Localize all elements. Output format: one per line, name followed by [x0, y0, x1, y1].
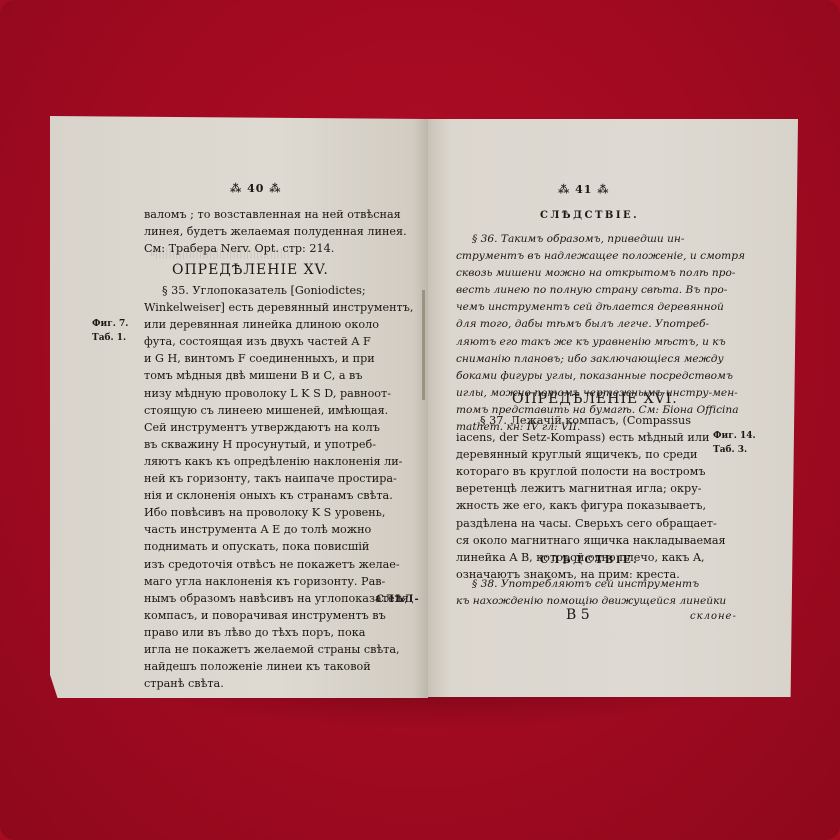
corollary-heading-1: СЛѢДСТВІЕ.	[540, 210, 639, 221]
text-line: сниманію плановъ; ибо заключающіеся межд…	[456, 351, 745, 368]
text-line: боками фигуры углы, показанные посредств…	[456, 368, 745, 385]
text-line: раздѣлена на часы. Сверьхъ сего обращает…	[456, 515, 726, 532]
text-line: iacens, der Setz-Kompass) есть мѣдный ил…	[456, 429, 726, 446]
right-margin-note: Фиг. 14. Таб. 3.	[713, 429, 756, 457]
text-line: линея, будетъ желаемая полуденная линея.	[144, 223, 407, 240]
text-line: валомъ ; то возставленная на ней отвѣсна…	[144, 206, 407, 223]
text-line: компасъ, и поворачивая инструментъ въ	[144, 607, 413, 624]
text-line: къ нахожденію помощію движущейся линейки	[456, 593, 726, 610]
text-line: весть линею по полную страну свѣта. Въ п…	[456, 282, 745, 299]
text-line: нымъ образомъ навѣсивъ на углопоказателя	[144, 590, 413, 607]
text-line: поднимать и опускать, пока повисшій	[144, 538, 413, 555]
text-line: часть инструмента A E до толѣ можно	[144, 521, 413, 538]
text-line: § 35. Углопоказатель [Goniodictes;	[144, 282, 413, 299]
left-catchword: СЛѢД-	[376, 594, 420, 605]
text-line: Сей инструментъ утверждаютъ на колъ	[144, 419, 413, 436]
left-margin-note: Фиг. 7. Таб. 1.	[92, 317, 128, 345]
definition-xv-heading: ОПРЕДѢЛЕНІЕ XV.	[172, 262, 329, 278]
right-page: ⁂ 41 ⁂ СЛѢДСТВІЕ. § 36. Такимъ образомъ,…	[428, 119, 798, 697]
right-catchword: склоне-	[690, 611, 737, 622]
text-line: струментъ въ надлежащее положеніе, и смо…	[456, 248, 745, 265]
text-line: ляютъ его такъ же къ уравненію мѣстъ, и …	[456, 334, 745, 351]
text-line: жность же его, какъ фигура показываетъ,	[456, 497, 726, 514]
text-line: низу мѣдную проволоку L K S D, равноот-	[144, 385, 413, 402]
table-ref: Таб. 1.	[92, 331, 128, 345]
left-running-head: ⁂ 40 ⁂	[230, 182, 281, 195]
paragraph-35: § 35. Углопоказатель [Goniodictes; Winke…	[144, 282, 413, 692]
text-line: фута, состоящая изъ двухъ частей A F	[144, 333, 413, 350]
text-line: найдешъ положеніе линеи къ таковой	[144, 658, 413, 675]
corollary-heading-2: СЛѢДСТВІЕ.	[540, 555, 639, 566]
text-line: § 38. Употребляютъ сей инструментъ	[456, 576, 726, 593]
text-line: и G H, винтомъ F соединенныхъ, и при	[144, 350, 413, 367]
text-line: § 36. Такимъ образомъ, приведши ин-	[456, 231, 745, 248]
text-line: сквозь мишени можно на открытомъ полѣ пр…	[456, 265, 745, 282]
text-line: См: Трабера Nerv. Opt. стр: 214.	[144, 240, 407, 257]
text-line: въ скважину H просунутый, и употреб-	[144, 436, 413, 453]
red-background: ǁ|||||||||||||||||||||||||||||||||||||||…	[0, 0, 840, 840]
text-line: томъ мѣдныя двѣ мишени B и C, а въ	[144, 367, 413, 384]
text-line: маго угла наклоненія къ горизонту. Рав-	[144, 573, 413, 590]
signature-mark: B 5	[566, 607, 590, 623]
text-line: деревянный круглый ящичекъ, по среди	[456, 446, 726, 463]
text-line: игла не покажетъ желаемой страны свѣта,	[144, 641, 413, 658]
definition-xvi-heading: ОПРЕДѢЛЕНІЕ XVI.	[512, 391, 678, 407]
text-line: веретенцѣ лежитъ магнитная игла; окру-	[456, 480, 726, 497]
figure-ref: Фиг. 14.	[713, 429, 756, 443]
left-page: ǁ|||||||||||||||||||||||||||||||||||||||…	[50, 116, 428, 698]
binding-thread	[422, 290, 425, 400]
text-line: изъ средоточія отвѣсъ не покажетъ желае-	[144, 556, 413, 573]
text-line: странѣ свѣта.	[144, 675, 413, 692]
text-line: или деревянная линейка длиною около	[144, 316, 413, 333]
text-line: § 37. Лежачій компасъ, (Compassus	[456, 412, 726, 429]
figure-ref: Фиг. 7.	[92, 317, 128, 331]
table-ref: Таб. 3.	[713, 443, 756, 457]
text-line: для того, дабы тѣмъ былъ легче. Употреб-	[456, 316, 745, 333]
text-line: Ибо повѣсивъ на проволоку K S уровень,	[144, 504, 413, 521]
right-running-head: ⁂ 41 ⁂	[558, 183, 609, 196]
text-line: котораго въ круглой полости на востромъ	[456, 463, 726, 480]
text-line: право или въ лѣво до тѣхъ поръ, пока	[144, 624, 413, 641]
text-line: ляютъ какъ къ опредѣленію наклоненія ли-	[144, 453, 413, 470]
paragraph-38: § 38. Употребляютъ сей инструментъ къ на…	[456, 576, 726, 610]
text-line: ней къ горизонту, такъ наипаче простира-	[144, 470, 413, 487]
text-line: стоящую съ линеею мишеней, имѣющая.	[144, 402, 413, 419]
text-line: Winkelweiser] есть деревянный инструмент…	[144, 299, 413, 316]
left-top-lines: валомъ ; то возставленная на ней отвѣсна…	[144, 206, 407, 257]
text-line: ся около магнитнаго ящичка накладываемая	[456, 532, 726, 549]
text-line: чемъ инструментъ сей дѣлается деревянной	[456, 299, 745, 316]
text-line: нія и склоненія оныхъ къ странамъ свѣта.	[144, 487, 413, 504]
